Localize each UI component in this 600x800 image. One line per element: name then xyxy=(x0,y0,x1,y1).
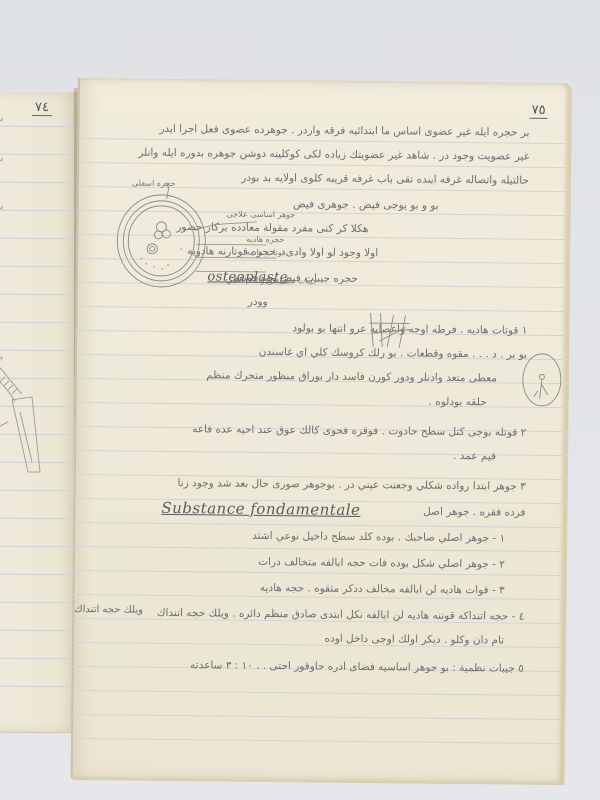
oval-sketch-icon xyxy=(520,351,566,409)
rule-line xyxy=(75,402,567,408)
right-page: ٧٥ بر حجره ايله غير عضوى اساس ما ابتدائي… xyxy=(71,78,570,783)
rule-line xyxy=(73,522,565,528)
diagram-label-3: حجره هاديه xyxy=(246,235,284,244)
text-line-19: ٣ - قوات هاديه لن ابالفه مخالف ددكر متقو… xyxy=(260,582,505,597)
left-page-number: ٧٤ xyxy=(32,100,52,116)
rule-line xyxy=(0,602,78,604)
latin-substance-fondamentale: Substance fondamentale xyxy=(161,499,360,519)
rule-line xyxy=(71,714,563,720)
text-line-3: حالتيله واتصاله غرفه اينده تقى باب غرفه … xyxy=(241,172,529,187)
diagram-label-5: جيبات نظمية وقوتات نظمي xyxy=(226,276,318,286)
rule-line xyxy=(77,138,569,144)
text-line-22: ٥ جيبات نظمية : بو جوهر اساسيه فضاى ادره… xyxy=(190,659,524,674)
text-line-16: فرده فقره . جوهر اصل xyxy=(423,506,525,519)
rule-line xyxy=(0,266,78,268)
text-line-14: قيم عمد . xyxy=(453,450,496,462)
text-line-2: غير عضويت وجود در . شاهد غير عضويتك زياد… xyxy=(138,147,529,163)
text-line-21: تام دان وكلو . ديكر اولك اوجى داخل اوده xyxy=(324,633,504,647)
bone-sketch-icon xyxy=(0,322,60,492)
text-line-12: حلقه بودلوه . xyxy=(428,396,486,409)
notebook-photo: ٧٤ بو بو بو ا بو xyxy=(0,0,600,800)
rule-line xyxy=(73,570,565,576)
rule-line xyxy=(0,518,78,520)
text-line-16-latin: Substance fondamentale xyxy=(161,499,360,519)
lattice-sketch-icon xyxy=(365,311,415,352)
diagram-label-4: قوتات هاديه xyxy=(246,248,286,257)
rule-line xyxy=(77,162,569,168)
rule-line xyxy=(0,686,78,688)
right-page-number: ٧٥ xyxy=(530,103,548,119)
rule-line xyxy=(73,546,565,552)
left-page: ٧٤ بو بو بو ا بو xyxy=(0,92,78,734)
rule-line xyxy=(72,690,564,696)
text-line-1: بر حجره ايله غير عضوى اساس ما ابتدائيه ف… xyxy=(159,123,529,139)
margin-note: ويلك حجه اتنداك xyxy=(74,604,143,616)
rule-line xyxy=(0,294,78,296)
rule-line xyxy=(0,182,78,184)
diagram-label-2: جوهر اساسى علاجى xyxy=(227,210,296,220)
diagram-label-top: حجره اسفلى xyxy=(132,179,176,188)
rule-line xyxy=(71,738,563,744)
rule-line xyxy=(0,630,78,632)
text-line-18: ٢ - جوهر اصلي شكل بوده فات حجه ابالفه مت… xyxy=(258,556,505,571)
text-line-13: ٢ قوتله بوجى كتل سطح حادوت . فوقره فحوى … xyxy=(192,423,526,438)
rule-line xyxy=(0,658,78,660)
text-line-17: ١ - جوهر اصلي صاحبك . بوده كلد سطح داخيل… xyxy=(252,530,505,545)
rule-line xyxy=(0,210,78,212)
rule-line xyxy=(76,306,568,312)
rule-line xyxy=(0,574,78,576)
rule-line xyxy=(0,126,78,128)
rule-line xyxy=(0,154,78,156)
text-line-15: ٣ جوهر ابتدا رواده شكلي وجعنت عيني در . … xyxy=(177,477,525,493)
left-fragment: بو xyxy=(0,154,3,164)
text-line-8: وودر xyxy=(248,296,268,308)
rule-line xyxy=(0,546,78,548)
rule-line xyxy=(0,238,78,240)
left-fragment: بو xyxy=(0,114,3,124)
text-line-11: معطى متعد وادنلر ودور كورن فاسد دار بورا… xyxy=(206,369,497,384)
left-fragment: بو xyxy=(0,202,3,212)
